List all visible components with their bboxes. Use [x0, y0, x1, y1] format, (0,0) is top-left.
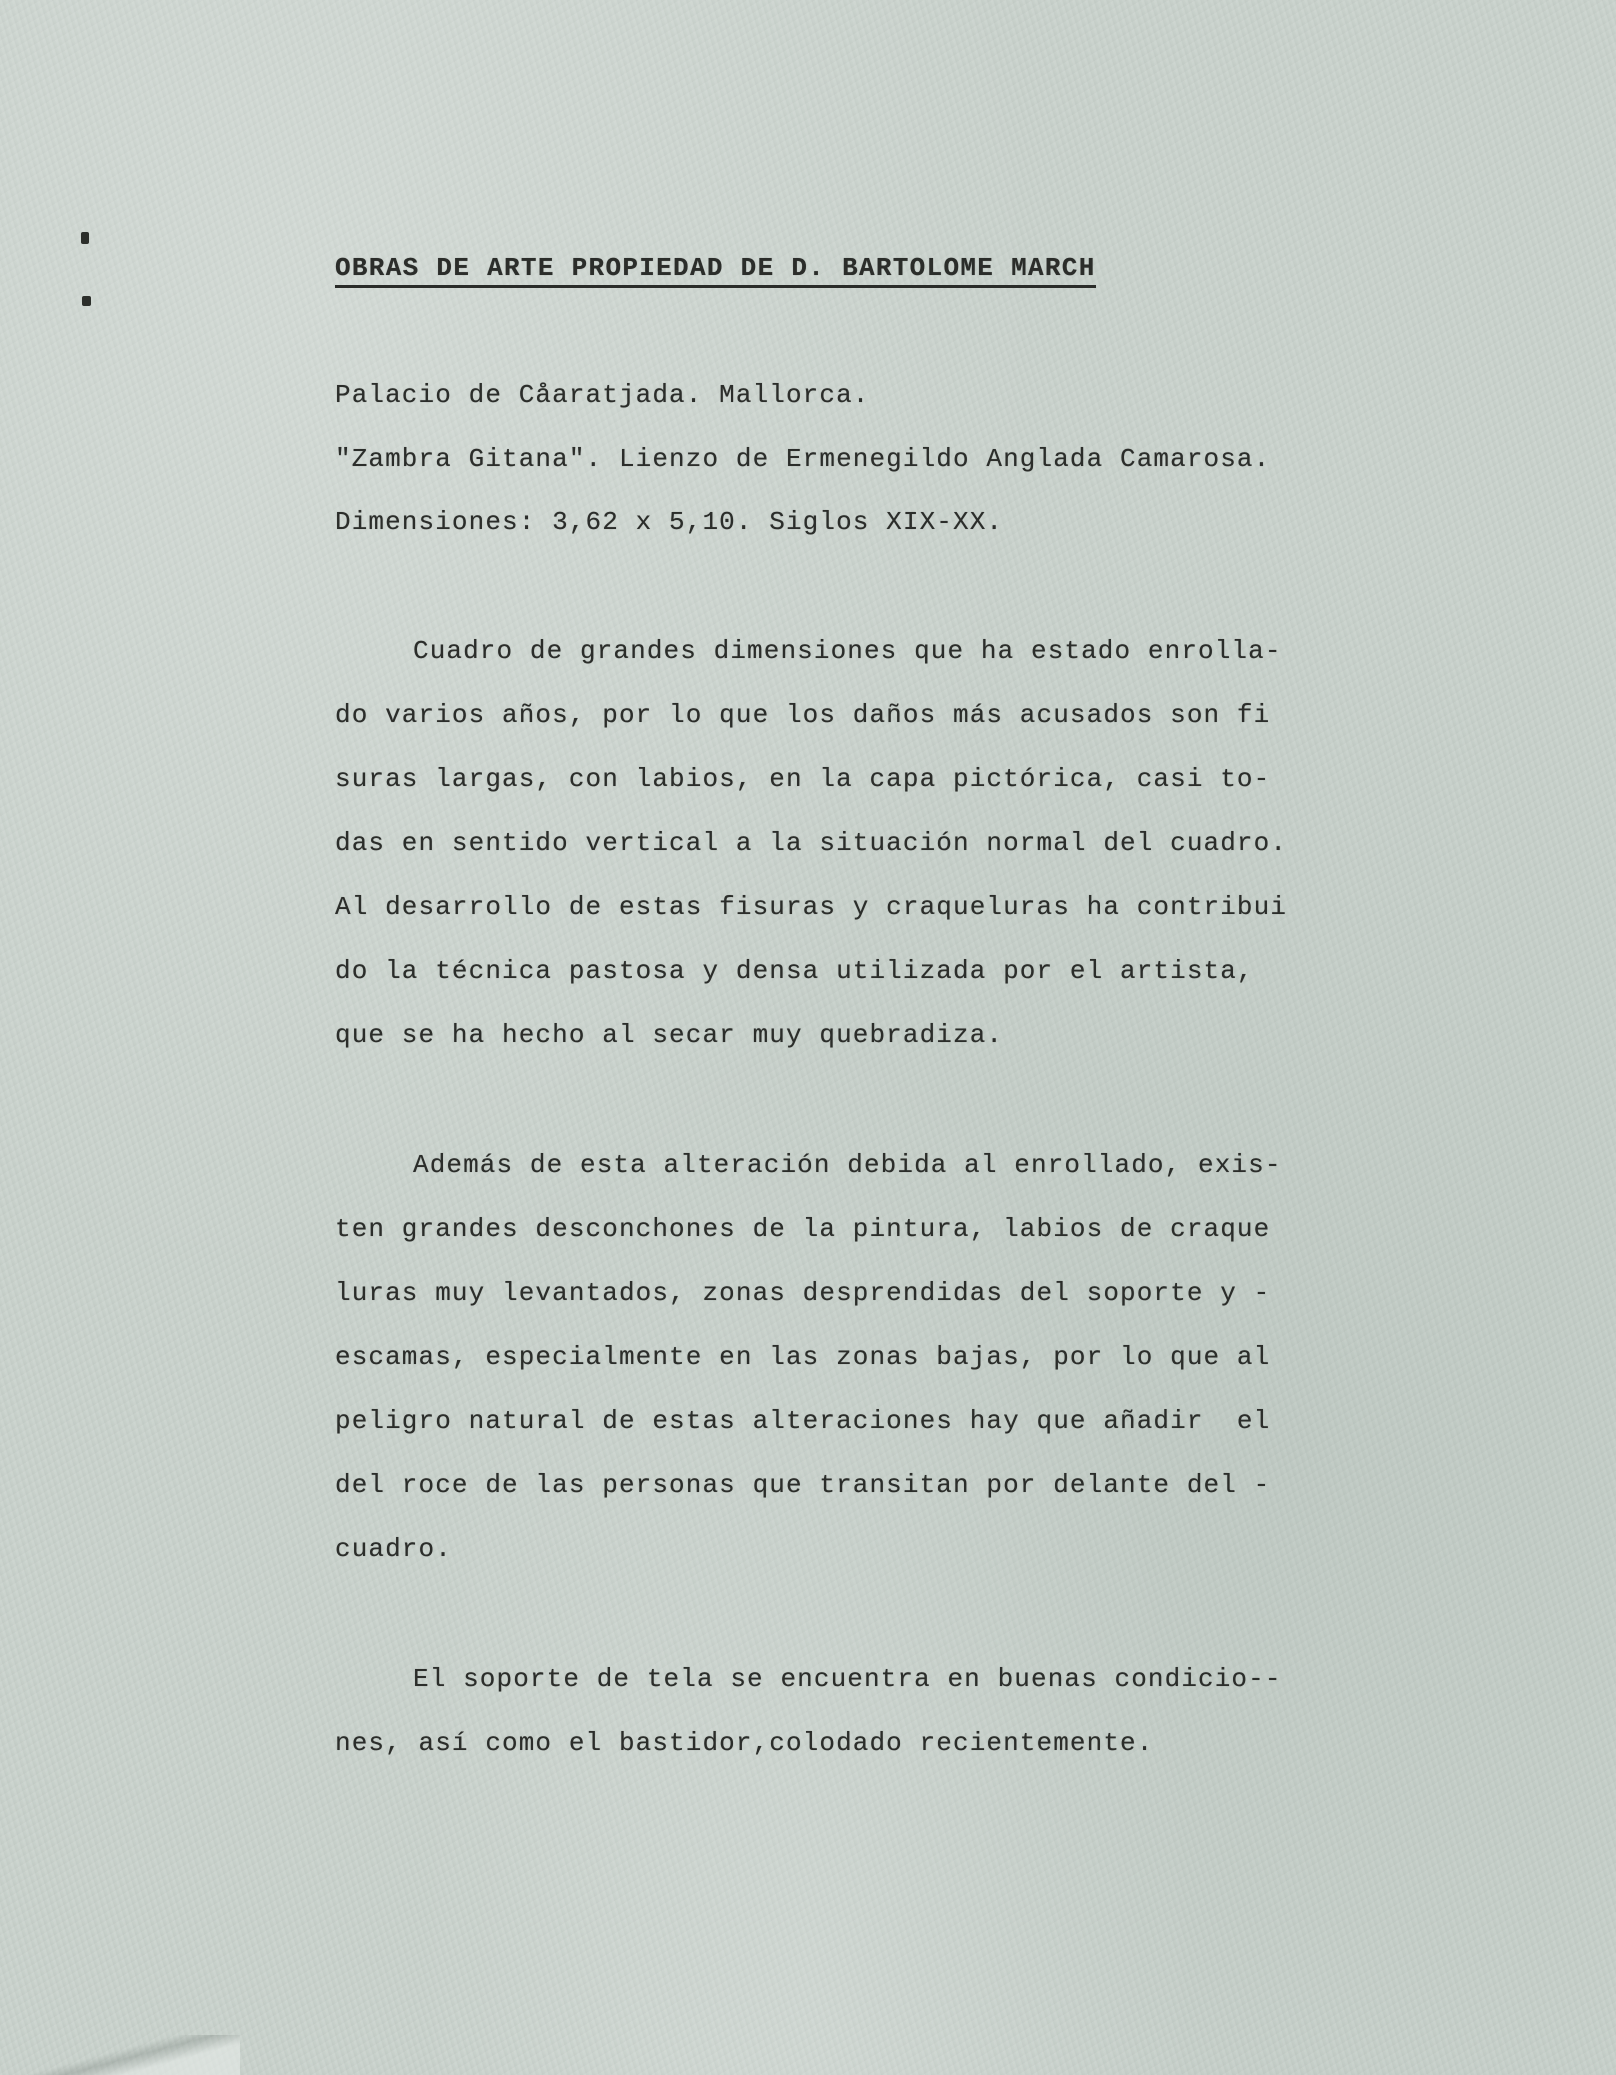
- paragraph-line: El soporte de tela se encuentra en buena…: [413, 1664, 1282, 1694]
- paragraph-line: das en sentido vertical a la situación n…: [335, 828, 1287, 858]
- artwork-line: "Zambra Gitana". Lienzo de Ermenegildo A…: [335, 444, 1270, 474]
- paragraph-line: ten grandes desconchones de la pintura, …: [335, 1214, 1270, 1244]
- paragraph-line: do varios años, por lo que los daños más…: [335, 700, 1270, 730]
- paragraph-line: escamas, especialmente en las zonas baja…: [335, 1342, 1270, 1372]
- document-title: OBRAS DE ARTE PROPIEDAD DE D. BARTOLOME …: [335, 253, 1096, 288]
- dimensions-line: Dimensiones: 3,62 x 5,10. Siglos XIX-XX.: [335, 507, 1003, 537]
- margin-punch-mark-top: [81, 232, 89, 244]
- paragraph-line: nes, así como el bastidor,colodado recie…: [335, 1728, 1153, 1758]
- margin-punch-mark-bottom: [82, 296, 91, 306]
- page-fold-shadow: [0, 2035, 240, 2075]
- paragraph-line: peligro natural de estas alteraciones ha…: [335, 1406, 1270, 1436]
- paragraph-line: luras muy levantados, zonas desprendidas…: [335, 1278, 1270, 1308]
- paragraph-line: do la técnica pastosa y densa utilizada …: [335, 956, 1254, 986]
- paragraph-line: Al desarrollo de estas fisuras y craquel…: [335, 892, 1287, 922]
- paragraph-line: cuadro.: [335, 1534, 452, 1564]
- paragraph-line: suras largas, con labios, en la capa pic…: [335, 764, 1270, 794]
- location-line: Palacio de Cåaratjada. Mallorca.: [335, 380, 869, 410]
- paragraph-line: Además de esta alteración debida al enro…: [413, 1150, 1282, 1180]
- paragraph-line: que se ha hecho al secar muy quebradiza.: [335, 1020, 1003, 1050]
- paragraph-line: Cuadro de grandes dimensiones que ha est…: [413, 636, 1282, 666]
- typewritten-page: OBRAS DE ARTE PROPIEDAD DE D. BARTOLOME …: [0, 0, 1616, 2075]
- paragraph-line: del roce de las personas que transitan p…: [335, 1470, 1270, 1500]
